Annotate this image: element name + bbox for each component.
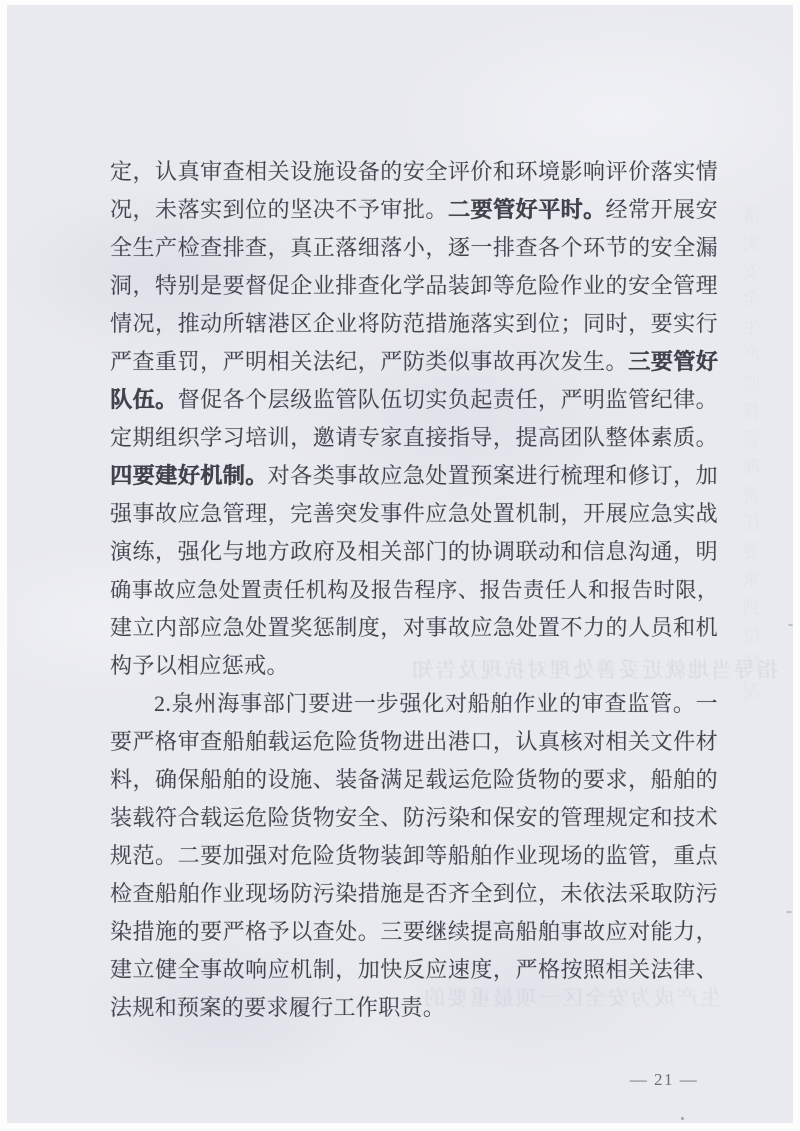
text-run: 染措施的要严格予以查处。三要继续提高船舶事故应对能力， [110, 919, 718, 944]
text-run: 要严格审查船舶载运危险货物进出港口，认真核对相关文件材 [110, 729, 718, 754]
text-run: 建立健全事故响应机制，加快反应速度，严格按照相关法律、 [110, 957, 718, 982]
bleedthrough-text-margin: 落实安全生产监督管理责任要求到位情况 [740, 205, 767, 1045]
text-line: 料，确保船舶的设施、装备满足载运危险货物的要求，船舶的 [110, 761, 718, 799]
bold-run: 四要建好机制。 [110, 463, 268, 488]
scanned-document-page: 指导当地就近妥善处理对抗现及告知 生产成为安全区一项最重要的 落实安全生产监督管… [0, 0, 800, 1131]
text-line: 法规和预案的要求履行工作职责。 [110, 989, 718, 1027]
text-line: 染措施的要严格予以查处。三要继续提高船舶事故应对能力， [110, 913, 718, 951]
bold-run: 队伍。 [110, 387, 178, 412]
paragraph-2: 2.泉州海事部门要进一步强化对船舶作业的审查监管。一要严格审查船舶载运危险货物进… [110, 685, 718, 1027]
text-run: 法规和预案的要求履行工作职责。 [110, 995, 445, 1020]
text-run: 2.泉州海事部门要进一步强化对船舶作业的审查监管。一 [154, 691, 718, 716]
text-run: 况，未落实到位的坚决不予审批。 [110, 197, 448, 222]
text-line: 建立健全事故响应机制，加快反应速度，严格按照相关法律、 [110, 951, 718, 989]
text-run: 构予以相应惩戒。 [110, 653, 289, 678]
text-run: 强事故应急管理，完善突发事件应急处置机制，开展应急实战 [110, 501, 718, 526]
text-run: 定，认真审查相关设施设备的安全评价和环境影响评价落实情 [110, 159, 718, 184]
text-run: 督促各个层级监管队伍切实负起责任，严明监管纪律。 [178, 387, 718, 412]
text-line: 2.泉州海事部门要进一步强化对船舶作业的审查监管。一 [110, 685, 718, 723]
text-line: 装载符合载运危险货物安全、防污染和保安的管理规定和技术 [110, 799, 718, 837]
text-run: 建立内部应急处置奖惩制度，对事故应急处置不力的人员和机 [110, 615, 718, 640]
text-line: 构予以相应惩戒。 [110, 647, 718, 685]
page-number: — 21 — [598, 1070, 730, 1090]
text-line: 定，认真审查相关设施设备的安全评价和环境影响评价落实情 [110, 153, 718, 191]
text-line: 四要建好机制。对各类事故应急处置预案进行梳理和修订，加 [110, 457, 718, 495]
text-line: 规范。二要加强对危险货物装卸等船舶作业现场的监管，重点 [110, 837, 718, 875]
text-line: 定期组织学习培训，邀请专家直接指导，提高团队整体素质。 [110, 419, 718, 457]
text-line: 情况，推动所辖港区企业将防范措施落实到位；同时，要实行 [110, 305, 718, 343]
text-line: 洞，特别是要督促企业排查化学品装卸等危险作业的安全管理 [110, 267, 718, 305]
text-run: 规范。二要加强对危险货物装卸等船舶作业现场的监管，重点 [110, 843, 718, 868]
text-run: 严查重罚，严明相关法纪，严防类似事故再次发生。 [110, 349, 628, 374]
text-run: 检查船舶作业现场防污染措施是否齐全到位，未依法采取防污 [110, 881, 718, 906]
text-run: 全生产检查排查，真正落细落小，逐一排查各个环节的安全漏 [110, 235, 718, 260]
text-line: 要严格审查船舶载运危险货物进出港口，认真核对相关文件材 [110, 723, 718, 761]
text-run: 情况，推动所辖港区企业将防范措施落实到位；同时，要实行 [110, 311, 718, 336]
text-line: 况，未落实到位的坚决不予审批。二要管好平时。经常开展安 [110, 191, 718, 229]
text-run: 料，确保船舶的设施、装备满足载运危险货物的要求，船舶的 [110, 767, 718, 792]
paragraph-1: 定，认真审查相关设施设备的安全评价和环境影响评价落实情况，未落实到位的坚决不予审… [110, 153, 718, 685]
text-line: 全生产检查排查，真正落细落小，逐一排查各个环节的安全漏 [110, 229, 718, 267]
bold-run: 三要管好 [628, 349, 718, 374]
text-line: 演练，强化与地方政府及相关部门的协调联动和信息沟通，明 [110, 533, 718, 571]
text-run: 演练，强化与地方政府及相关部门的协调联动和信息沟通，明 [110, 539, 718, 564]
text-run: 经常开展安 [606, 197, 718, 222]
text-line: 严查重罚，严明相关法纪，严防类似事故再次发生。三要管好 [110, 343, 718, 381]
text-run: 确事故应急处置责任机构及报告程序、报告责任人和报告时限， [110, 578, 718, 602]
document-body-text: 定，认真审查相关设施设备的安全评价和环境影响评价落实情况，未落实到位的坚决不予审… [110, 153, 718, 1027]
text-line: 建立内部应急处置奖惩制度，对事故应急处置不力的人员和机 [110, 609, 718, 647]
text-run: 洞，特别是要督促企业排查化学品装卸等危险作业的安全管理 [110, 273, 718, 298]
text-run: 对各类事故应急处置预案进行梳理和修订，加 [268, 463, 718, 488]
text-run: 装载符合载运危险货物安全、防污染和保安的管理规定和技术 [110, 805, 718, 830]
text-run: 定期组织学习培训，邀请专家直接指导，提高团队整体素质。 [110, 425, 718, 450]
text-line: 队伍。督促各个层级监管队伍切实负起责任，严明监管纪律。 [110, 381, 718, 419]
text-line: 确事故应急处置责任机构及报告程序、报告责任人和报告时限， [110, 571, 718, 609]
text-line: 强事故应急管理，完善突发事件应急处置机制，开展应急实战 [110, 495, 718, 533]
bold-run: 二要管好平时。 [448, 197, 606, 222]
text-line: 检查船舶作业现场防污染措施是否齐全到位，未依法采取防污 [110, 875, 718, 913]
